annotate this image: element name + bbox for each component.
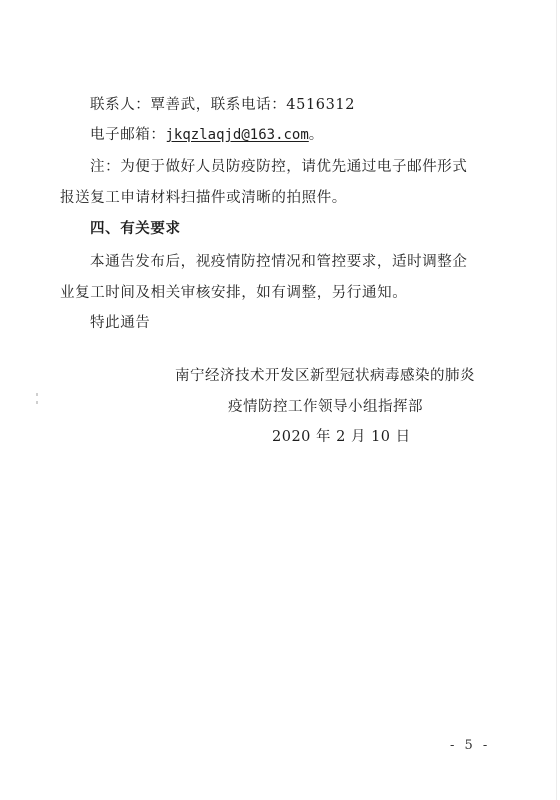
document-page: 联系人：覃善武，联系电话：4516312 电子邮箱：jkqzlaqjd@163.… [0,0,560,800]
closing-phrase: 特此通告 [90,313,150,333]
section-body-line-2: 业复工时间及相关审核安排，如有调整，另行通知。 [60,283,407,303]
email-line: 电子邮箱：jkqzlaqjd@163.com。 [90,125,324,145]
note-line-1: 注：为便于做好人员防疫防控，请优先通过电子邮件形式 [90,157,468,177]
scan-edge-line [556,0,557,800]
section-body-line-1: 本通告发布后，视疫情防控情况和管控要求，适时调整企 [90,252,468,272]
signature-org-line-1: 南宁经济技术开发区新型冠状病毒感染的肺炎 [175,366,475,386]
note-line-2: 报送复工申请材料扫描件或清晰的拍照件。 [60,188,347,208]
scan-speck [36,393,38,396]
email-suffix: 。 [309,127,324,143]
page-number: - 5 - [450,738,490,753]
email-label: 电子邮箱： [90,127,166,143]
email-address-link[interactable]: jkqzlaqjd@163.com [166,127,309,143]
scan-speck [36,401,38,404]
section-heading: 四、有关要求 [90,219,181,239]
signature-org-line-2: 疫情防控工作领导小组指挥部 [228,397,423,417]
contact-line: 联系人：覃善武，联系电话：4516312 [90,95,355,115]
signature-date: 2020 年 2 月 10 日 [272,427,411,447]
